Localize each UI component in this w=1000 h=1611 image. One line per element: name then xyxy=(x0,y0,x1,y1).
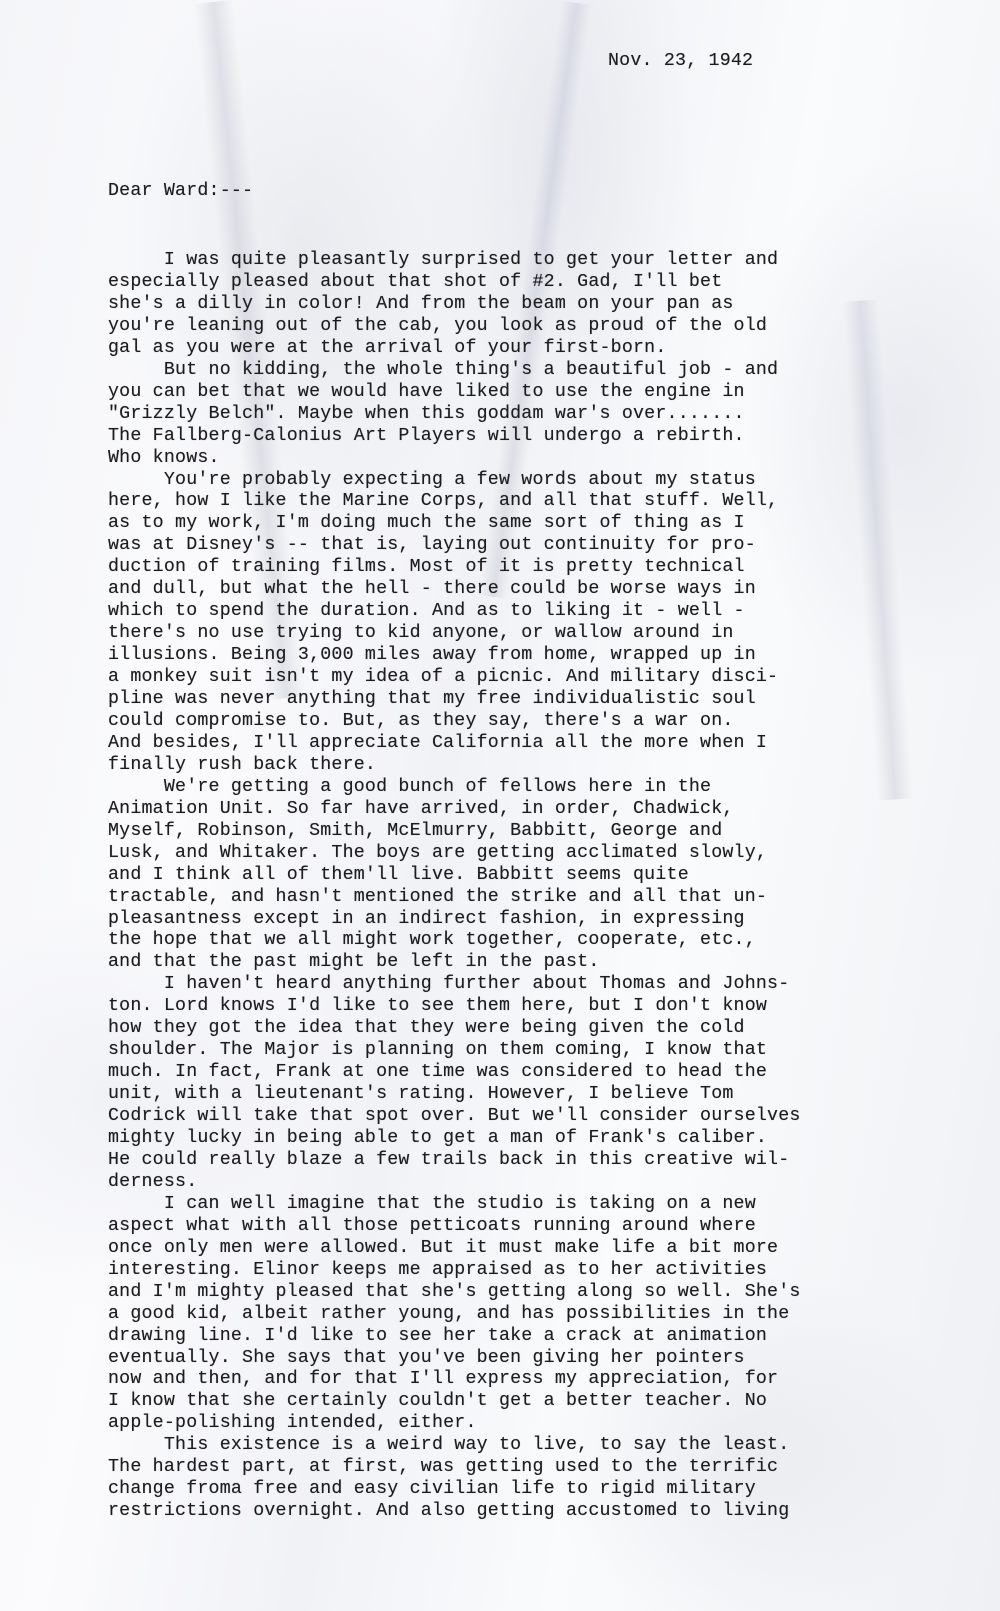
letter-line: I was quite pleasantly surprised to get … xyxy=(108,249,778,271)
letter-line: duction of training films. Most of it is… xyxy=(108,556,745,578)
letter-salutation: Dear Ward:--- xyxy=(108,180,253,202)
letter-line: The hardest part, at first, was getting … xyxy=(108,1456,778,1478)
letter-line: and I think all of them'll live. Babbitt… xyxy=(108,864,689,886)
letter-line: restrictions overnight. And also getting… xyxy=(108,1500,789,1522)
letter-line: she's a dilly in color! And from the bea… xyxy=(108,293,734,315)
letter-line: Codrick will take that spot over. But we… xyxy=(108,1105,801,1127)
letter-line: shoulder. The Major is planning on them … xyxy=(108,1039,767,1061)
letter-line: Animation Unit. So far have arrived, in … xyxy=(108,798,734,820)
letter-line: now and then, and for that I'll express … xyxy=(108,1368,778,1390)
letter-line: could compromise to. But, as they say, t… xyxy=(108,710,734,732)
letter-line: And besides, I'll appreciate California … xyxy=(108,732,767,754)
letter-date: Nov. 23, 1942 xyxy=(608,50,753,72)
letter-line: "Grizzly Belch". Maybe when this goddam … xyxy=(108,403,745,425)
letter-line: I can well imagine that the studio is ta… xyxy=(108,1193,756,1215)
letter-line: and that the past might be left in the p… xyxy=(108,951,600,973)
letter-line: Lusk, and Whitaker. The boys are getting… xyxy=(108,842,767,864)
letter-line: Who knows. xyxy=(108,447,220,469)
letter-line: there's no use trying to kid anyone, or … xyxy=(108,622,734,644)
letter-line: illusions. Being 3,000 miles away from h… xyxy=(108,644,756,666)
letter-line: But no kidding, the whole thing's a beau… xyxy=(108,359,778,381)
letter-line: mighty lucky in being able to get a man … xyxy=(108,1127,767,1149)
letter-line: Myself, Robinson, Smith, McElmurry, Babb… xyxy=(108,820,722,842)
letter-line: unit, with a lieutenant's rating. Howeve… xyxy=(108,1083,734,1105)
letter-line: here, how I like the Marine Corps, and a… xyxy=(108,490,778,512)
letter-line: The Fallberg-Calonius Art Players will u… xyxy=(108,425,745,447)
letter-line: He could really blaze a few trails back … xyxy=(108,1149,789,1171)
letter-line: and dull, but what the hell - there coul… xyxy=(108,578,756,600)
letter-line: I haven't heard anything further about T… xyxy=(108,973,789,995)
letter-line: as to my work, I'm doing much the same s… xyxy=(108,512,745,534)
letter-line: especially pleased about that shot of #2… xyxy=(108,271,722,293)
letter-line: finally rush back there. xyxy=(108,754,376,776)
letter-line: apple-polishing intended, either. xyxy=(108,1412,477,1434)
letter-line: pline was never anything that my free in… xyxy=(108,688,756,710)
letter-line: I know that she certainly couldn't get a… xyxy=(108,1390,767,1412)
letter-line: This existence is a weird way to live, t… xyxy=(108,1434,789,1456)
letter-line: which to spend the duration. And as to l… xyxy=(108,600,745,622)
paper-crease xyxy=(843,299,914,800)
letter-line: ton. Lord knows I'd like to see them her… xyxy=(108,995,767,1017)
letter-line: interesting. Elinor keeps me appraised a… xyxy=(108,1259,767,1281)
letter-line: was at Disney's -- that is, laying out c… xyxy=(108,534,756,556)
letter-page: Nov. 23, 1942 Dear Ward:--- I was quite … xyxy=(0,0,1000,1611)
letter-line: drawing line. I'd like to see her take a… xyxy=(108,1325,767,1347)
letter-line: how they got the idea that they were bei… xyxy=(108,1017,745,1039)
letter-line: a monkey suit isn't my idea of a picnic.… xyxy=(108,666,778,688)
letter-line: gal as you were at the arrival of your f… xyxy=(108,337,667,359)
letter-line: the hope that we all might work together… xyxy=(108,929,756,951)
letter-line: tractable, and hasn't mentioned the stri… xyxy=(108,886,767,908)
letter-line: eventually. She says that you've been gi… xyxy=(108,1347,745,1369)
letter-line: You're probably expecting a few words ab… xyxy=(108,469,756,491)
letter-line: a good kid, albeit rather young, and has… xyxy=(108,1303,789,1325)
letter-line: pleasantness except in an indirect fashi… xyxy=(108,908,745,930)
letter-line: once only men were allowed. But it must … xyxy=(108,1237,778,1259)
letter-line: much. In fact, Frank at one time was con… xyxy=(108,1061,767,1083)
letter-line: you can bet that we would have liked to … xyxy=(108,381,745,403)
letter-line: change froma free and easy civilian life… xyxy=(108,1478,756,1500)
letter-line: derness. xyxy=(108,1171,197,1193)
letter-line: aspect what with all those petticoats ru… xyxy=(108,1215,756,1237)
letter-line: We're getting a good bunch of fellows he… xyxy=(108,776,711,798)
letter-line: you're leaning out of the cab, you look … xyxy=(108,315,767,337)
letter-line: and I'm mighty pleased that she's gettin… xyxy=(108,1281,801,1303)
